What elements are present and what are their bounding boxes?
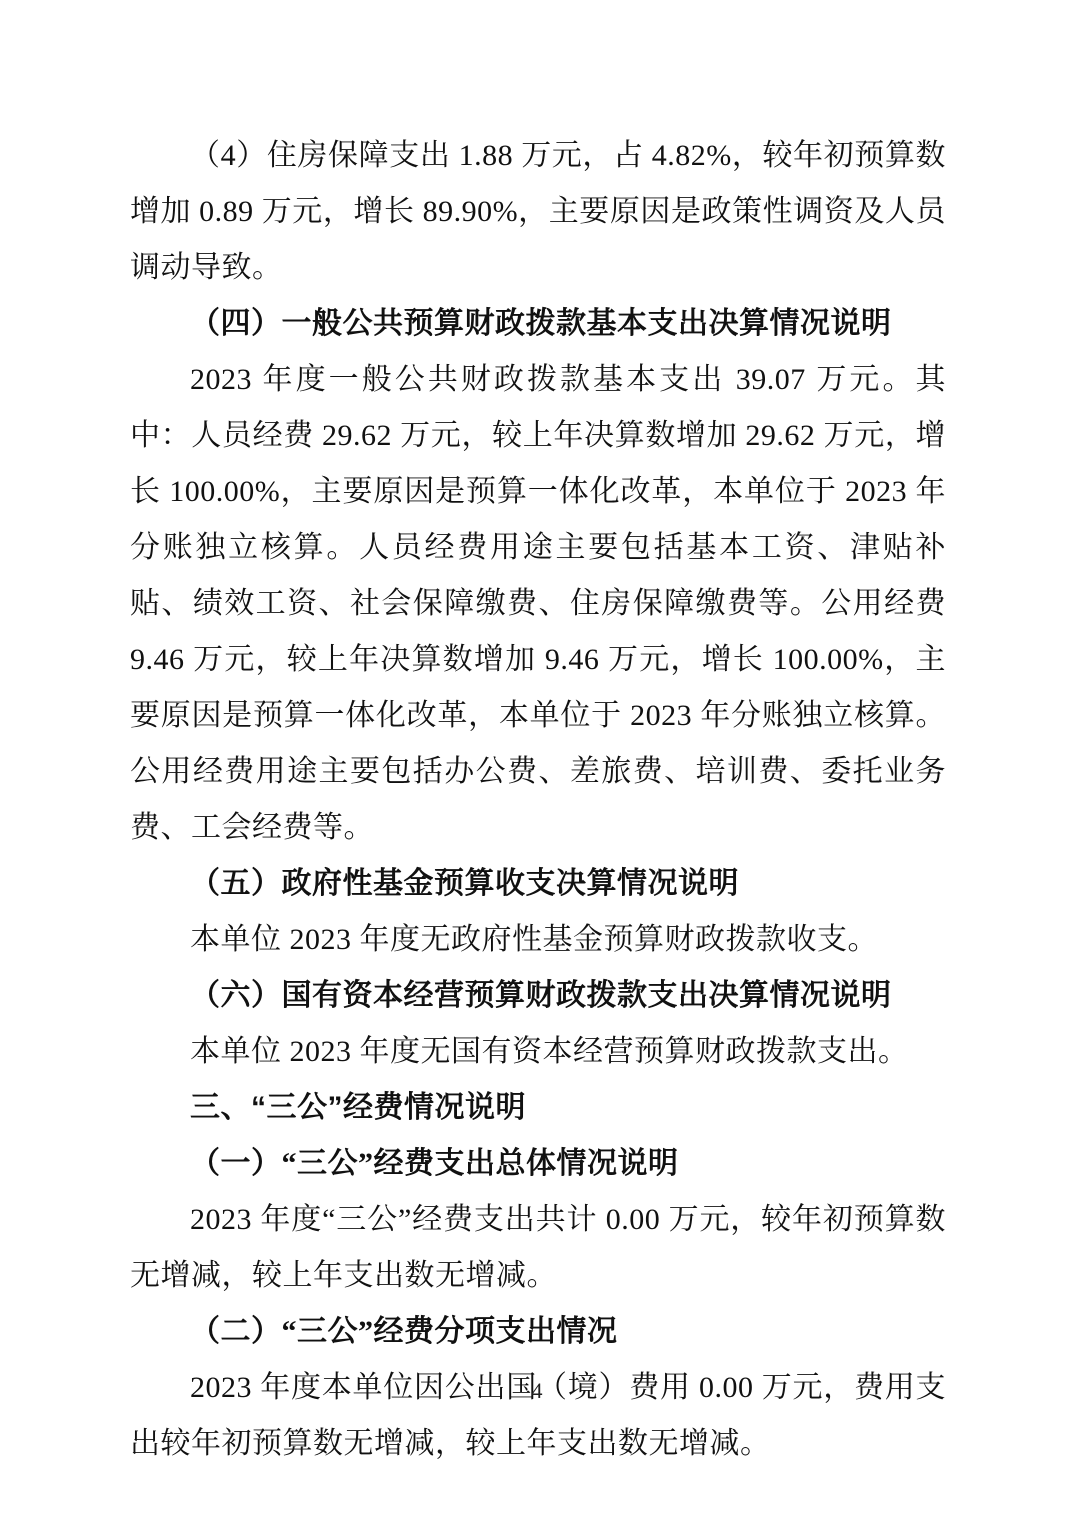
heading-govt-fund-budget: （五）政府性基金预算收支决算情况说明	[130, 856, 946, 912]
heading-general-budget-basic-expenditure: （四）一般公共预算财政拨款基本支出决算情况说明	[130, 296, 946, 352]
paragraph-three-public-itemized: 2023 年度本单位因公出国（境）费用 0.00 万元，费用支出较年初预算数无增…	[130, 1360, 946, 1472]
heading-three-public-overall: （一）“三公”经费支出总体情况说明	[130, 1136, 946, 1192]
paragraph-govt-fund-budget: 本单位 2023 年度无政府性基金预算财政拨款收支。	[130, 912, 946, 968]
document-content: （4）住房保障支出 1.88 万元，占 4.82%，较年初预算数增加 0.89 …	[130, 128, 946, 1472]
paragraph-housing-expenditure: （4）住房保障支出 1.88 万元，占 4.82%，较年初预算数增加 0.89 …	[130, 128, 946, 296]
heading-three-public-itemized: （二）“三公”经费分项支出情况	[130, 1304, 946, 1360]
paragraph-three-public-overall: 2023 年度“三公”经费支出共计 0.00 万元，较年初预算数无增减，较上年支…	[130, 1192, 946, 1304]
paragraph-state-capital-budget: 本单位 2023 年度无国有资本经营预算财政拨款支出。	[130, 1024, 946, 1080]
page-number: 4	[532, 1378, 543, 1403]
document-page: （4）住房保障支出 1.88 万元，占 4.82%，较年初预算数增加 0.89 …	[0, 0, 1074, 1520]
paragraph-basic-expenditure-detail: 2023 年度一般公共财政拨款基本支出 39.07 万元。其中：人员经费 29.…	[130, 352, 946, 856]
heading-state-capital-budget: （六）国有资本经营预算财政拨款支出决算情况说明	[130, 968, 946, 1024]
heading-three-public-funds: 三、“三公”经费情况说明	[130, 1080, 946, 1136]
page-footer: 4	[0, 1378, 1074, 1404]
